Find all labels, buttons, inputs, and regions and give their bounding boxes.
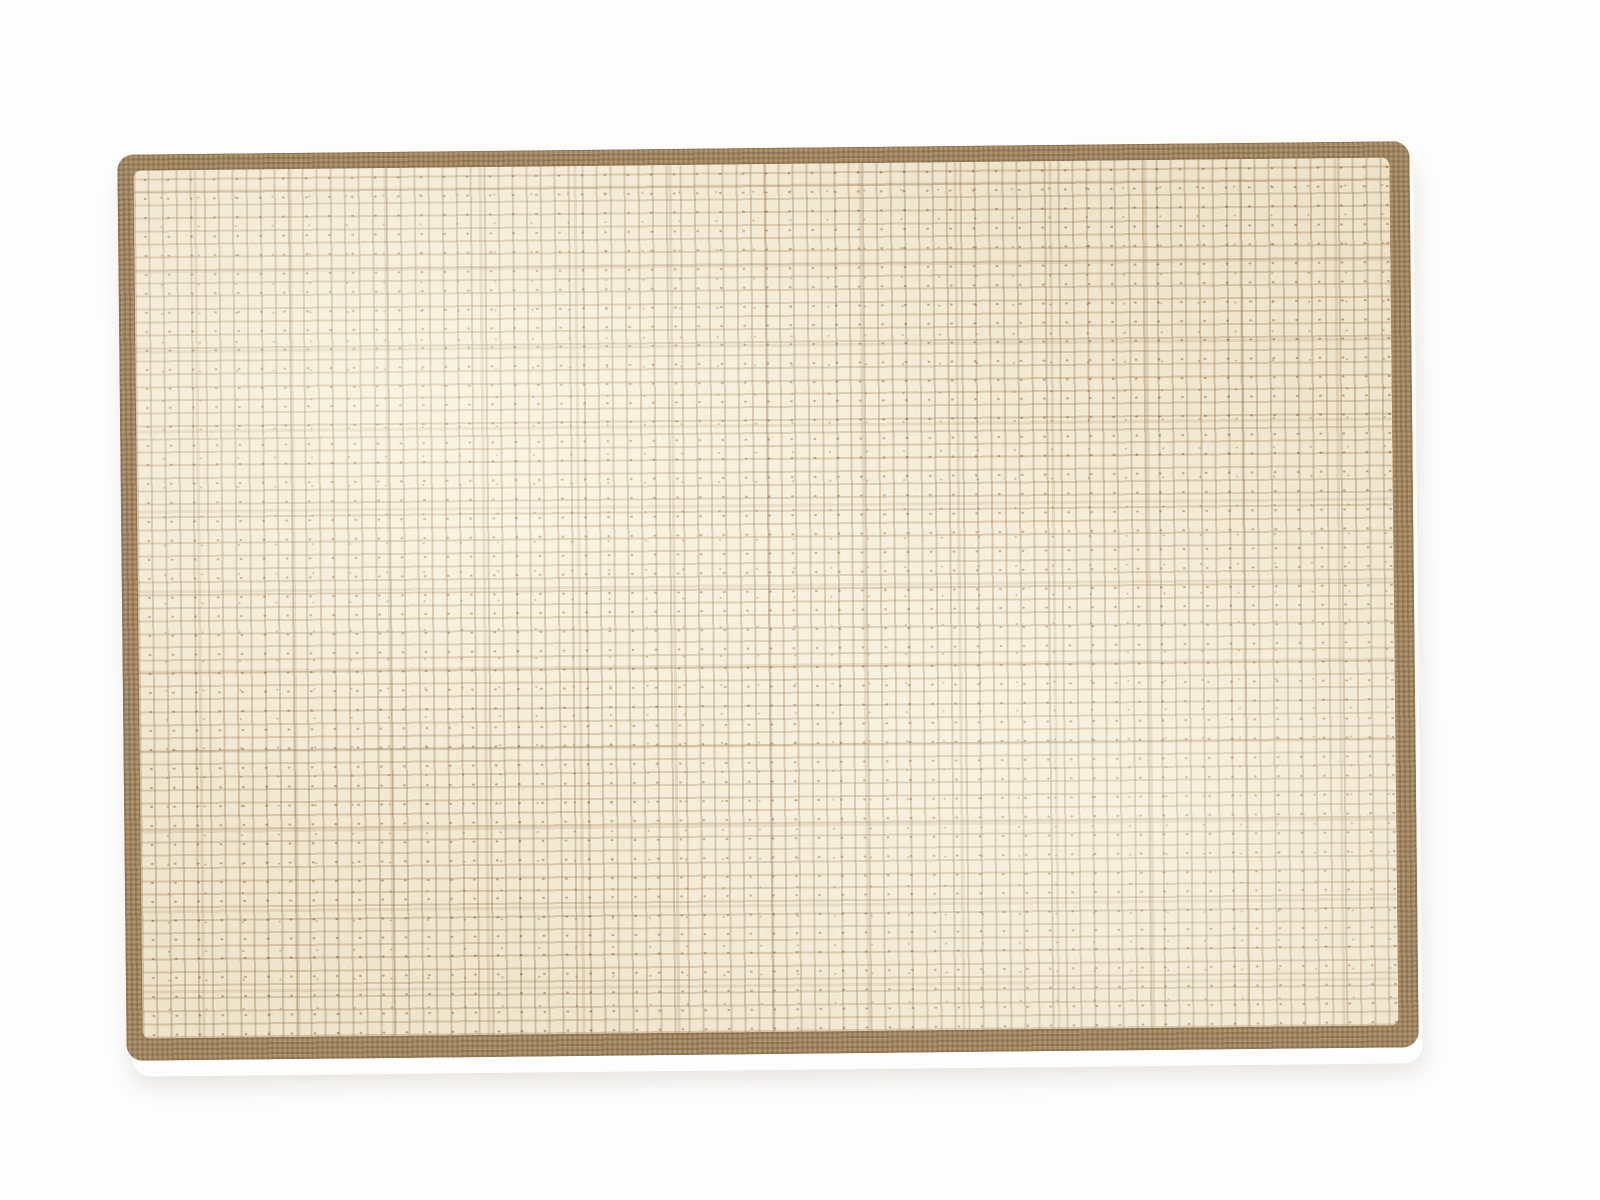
rug-highlight xyxy=(133,157,1398,1038)
rug-sample xyxy=(117,141,1418,1060)
rug-pile-field xyxy=(133,157,1398,1038)
photo-scene: Rectangular cream and light-brown textur… xyxy=(0,0,1600,1200)
